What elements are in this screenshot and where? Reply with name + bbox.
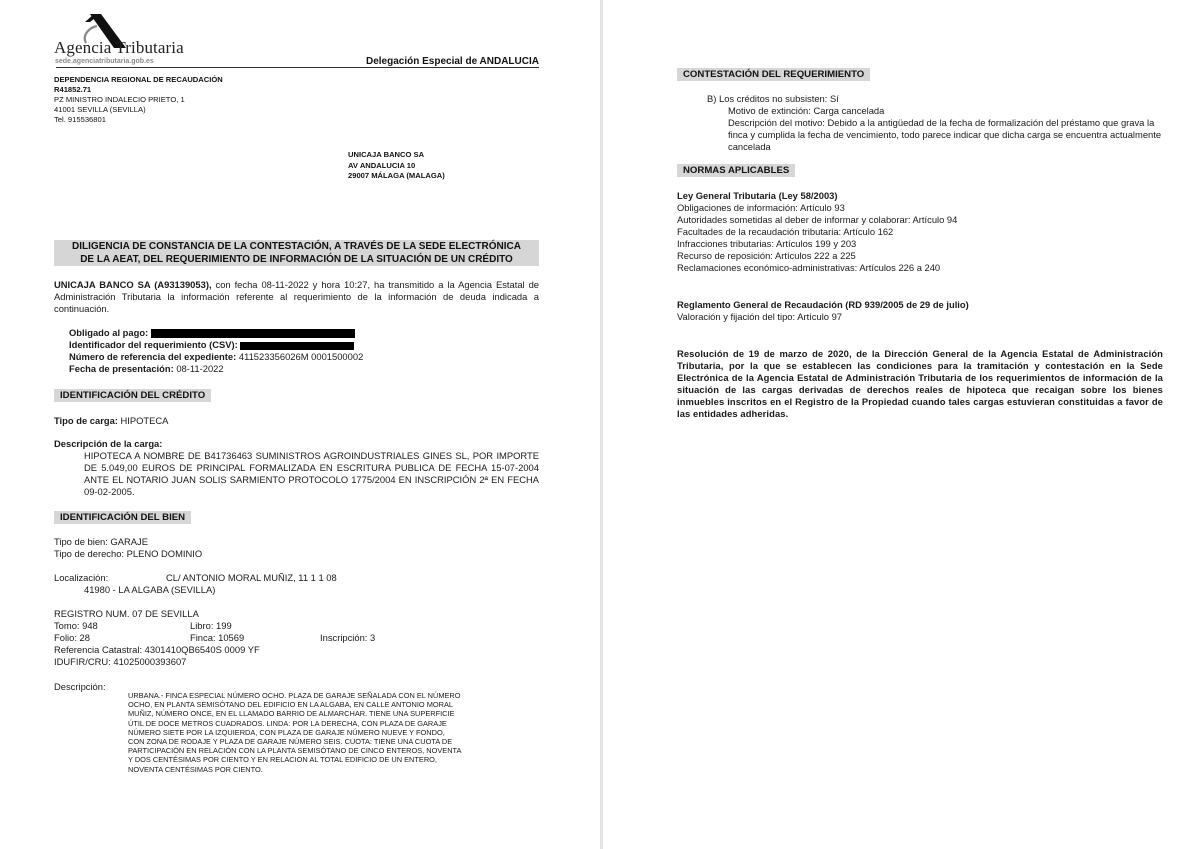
section-normas-title: NORMAS APLICABLES <box>677 164 795 177</box>
sender-address: PZ MINISTRO INDALECIO PRIETO, 1 <box>54 95 223 105</box>
sender-code: R41852.71 <box>54 85 223 95</box>
page-divider <box>600 0 603 849</box>
tipo-carga: Tipo de carga: HIPOTECA <box>54 415 168 427</box>
csv-redacted <box>240 342 354 350</box>
lgt-item: Infracciones tributarias: Artículos 199 … <box>677 238 957 250</box>
obligado-label: Obligado al pago: <box>69 327 148 338</box>
tipo-bien: Tipo de bien: GARAJE <box>54 536 202 548</box>
section-credito-title: IDENTIFICACIÓN DEL CRÉDITO <box>54 389 211 402</box>
tipo-carga-label: Tipo de carga: <box>54 415 118 426</box>
logo-url: sede.agenciatributaria.gob.es <box>55 58 154 65</box>
addressee-street: AV ANDALUCIA 10 <box>348 161 445 172</box>
tipo-carga-value: HIPOTECA <box>118 415 169 426</box>
localizacion-label: Localización: <box>54 572 108 584</box>
lgt-title: Ley General Tributaria (Ley 58/2003) <box>677 190 838 202</box>
addressee-block: UNICAJA BANCO SA AV ANDALUCIA 10 29007 M… <box>348 150 445 182</box>
lgt-item: Obligaciones de información: Artículo 93 <box>677 202 957 214</box>
localizacion-value: CL/ ANTONIO MORAL MUÑIZ, 11 1 1 08 <box>166 572 337 584</box>
bien-descripcion-value: URBANA.- FINCA ESPECIAL NÚMERO OCHO. PLA… <box>128 691 548 774</box>
resolucion-paragraph: Resolución de 19 de marzo de 2020, de la… <box>677 348 1163 420</box>
descripcion-carga-label: Descripción de la carga: <box>54 438 162 450</box>
bien-descripcion-line: NÚMERO SIETE POR LA IZQUIERDA, CON PLAZA… <box>128 728 548 737</box>
fecha-value: 08-11-2022 <box>174 363 224 374</box>
rgr-title: Reglamento General de Recaudación (RD 93… <box>677 299 969 311</box>
bien-descripcion-label: Descripción: <box>54 681 106 693</box>
obligado-redacted <box>151 329 355 338</box>
bien-descripcion-line: Y DOS CENTÉSIMAS POR CIENTO Y EN RELACIO… <box>128 755 548 764</box>
lgt-item: Facultades de la recaudación tributaria:… <box>677 226 957 238</box>
libro: Libro: 199 <box>190 620 232 632</box>
descripcion-carga-value: HIPOTECA A NOMBRE DE B41736463 SUMINISTR… <box>84 450 539 498</box>
bien-descripcion-line: MUÑIZ, NÚMERO ONCE, EN EL LLAMADO BARRIO… <box>128 709 548 718</box>
sender-dependencia: DEPENDENCIA REGIONAL DE RECAUDACIÓN <box>54 75 223 85</box>
header-rule <box>56 67 539 68</box>
bien-descripcion-line: PARTICIPACIÓN EN RELACIÓN CON LA PLANTA … <box>128 746 548 755</box>
localizacion-city: 41980 - LA ALGABA (SEVILLA) <box>84 584 215 596</box>
section-bien-title: IDENTIFICACIÓN DEL BIEN <box>54 511 191 524</box>
bien-descripcion-line: ÚTIL DE DOCE METROS CUADRADOS. LINDA: PO… <box>128 719 548 728</box>
lgt-item: Autoridades sometidas al deber de inform… <box>677 214 957 226</box>
bien-descripcion-line: NOVENTA CENTÉSIMAS POR CIENTO. <box>128 765 548 774</box>
expediente-value: 411523356026M 0001500002 <box>236 351 363 362</box>
folio: Folio: 28 <box>54 632 90 644</box>
tomo: Tomo: 948 <box>54 620 98 632</box>
sender-city: 41001 SEVILLA (SEVILLA) <box>54 105 223 115</box>
csv-label: Identificador del requerimiento (CSV): <box>69 339 238 350</box>
registro: REGISTRO NUM. 07 DE SEVILLA <box>54 608 199 620</box>
creditos-subsisten: B) Los créditos no subsisten: Sí <box>707 93 839 105</box>
document-title: DILIGENCIA DE CONSTANCIA DE LA CONTESTAC… <box>54 240 539 266</box>
sender-phone: Tel. 915536801 <box>54 115 223 125</box>
tipo-derecho: Tipo de derecho: PLENO DOMINIO <box>54 548 202 560</box>
document-title-line-2: DE LA AEAT, DEL REQUERIMIENTO DE INFORMA… <box>54 253 539 266</box>
bien-descripcion-line: OCHO, EN PLANTA SEMISÓTANO DEL EDIFICIO … <box>128 700 548 709</box>
document-title-line-1: DILIGENCIA DE CONSTANCIA DE LA CONTESTAC… <box>54 240 539 253</box>
section-contestacion-title: CONTESTACIÓN DEL REQUERIMIENTO <box>677 68 870 81</box>
intro-entity: UNICAJA BANCO SA (A93139053), <box>54 279 212 290</box>
logo-title: Agencia Tributaria <box>54 38 184 58</box>
sender-block: DEPENDENCIA REGIONAL DE RECAUDACIÓN R418… <box>54 75 223 125</box>
fecha-label: Fecha de presentación: <box>69 363 174 374</box>
intro-paragraph: UNICAJA BANCO SA (A93139053), con fecha … <box>54 279 539 315</box>
bien-descripcion-line: URBANA.- FINCA ESPECIAL NÚMERO OCHO. PLA… <box>128 691 548 700</box>
bien-tipos: Tipo de bien: GARAJE Tipo de derecho: PL… <box>54 536 202 560</box>
bien-descripcion-line: CON ZONA DE RODAJE Y PLAZA DE GARAJE NÚM… <box>128 737 548 746</box>
idufir: IDUFIR/CRU: 41025000393607 <box>54 656 186 668</box>
descripcion-motivo: Descripción del motivo: Debido a la anti… <box>728 117 1168 153</box>
details-block: Obligado al pago: Identificador del requ… <box>69 327 363 375</box>
lgt-item: Reclamaciones económico-administrativas:… <box>677 262 957 274</box>
referencia-catastral: Referencia Catastral: 4301410QB6540S 000… <box>54 644 260 656</box>
addressee-name: UNICAJA BANCO SA <box>348 150 445 161</box>
expediente-label: Número de referencia del expediente: <box>69 351 236 362</box>
lgt-items: Obligaciones de información: Artículo 93… <box>677 202 957 274</box>
rgr-item: Valoración y fijación del tipo: Artículo… <box>677 311 842 323</box>
lgt-item: Recurso de reposición: Artículos 222 a 2… <box>677 250 957 262</box>
delegacion-title: Delegación Especial de ANDALUCIA <box>366 56 539 67</box>
addressee-city: 29007 MÁLAGA (MALAGA) <box>348 171 445 182</box>
finca: Finca: 10569 <box>190 632 244 644</box>
motivo-extincion: Motivo de extinción: Carga cancelada <box>728 105 884 117</box>
inscripcion: Inscripción: 3 <box>320 632 375 644</box>
